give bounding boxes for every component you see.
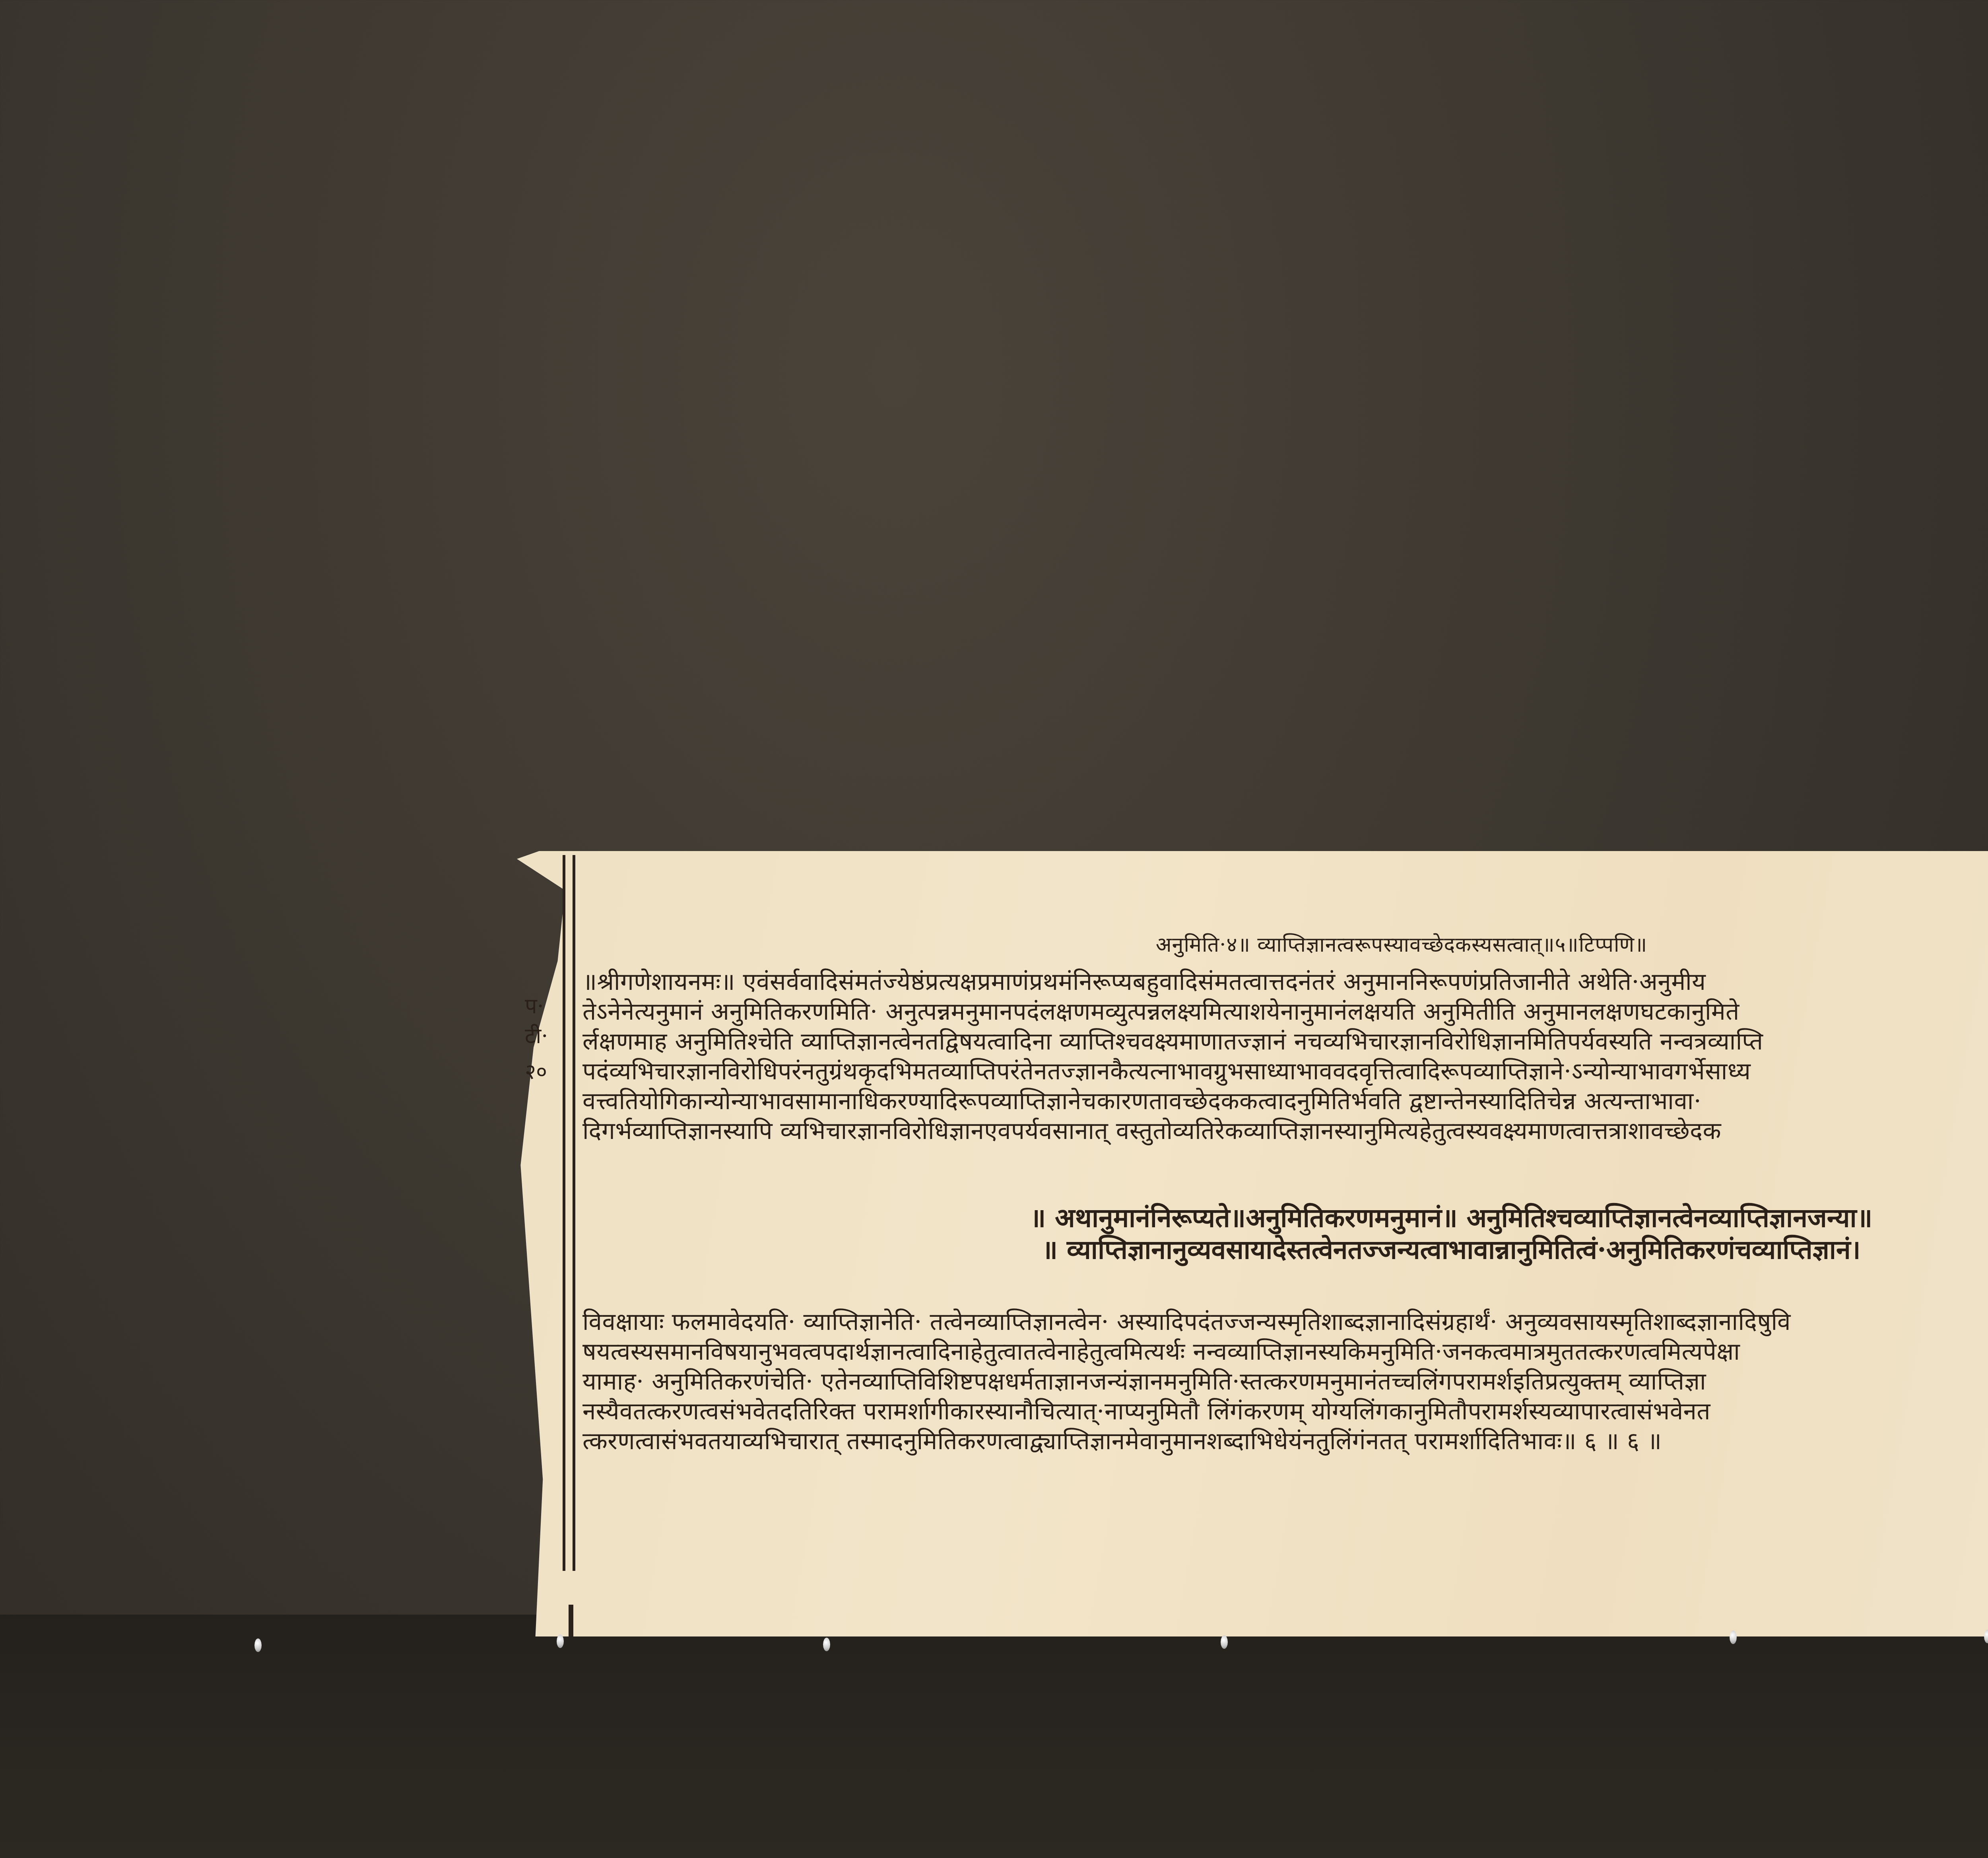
left-rule-bottom-stub <box>569 1605 573 1636</box>
commentary-bottom-line-1: विवक्षायाः फलमावेदयति· व्याप्तिज्ञानेति·… <box>582 1304 1988 1337</box>
commentary-top-line-6: दिगर्भव्याप्तिज्ञानस्यापि व्यभिचारज्ञानव… <box>582 1114 1988 1146</box>
left-margin-folio: २० <box>525 1056 547 1085</box>
pin-icon <box>1730 1631 1737 1644</box>
commentary-top-line-4: पदंव्यभिचारज्ञानविरोधिपरंनतुग्रंथकृदभिमत… <box>582 1054 1988 1086</box>
page-header: अनुमिति·४॥ व्याप्तिज्ञानत्वरूपस्यावच्छेद… <box>596 930 1988 958</box>
pin-icon <box>254 1638 262 1652</box>
dark-fabric-ledge <box>0 1615 1988 1858</box>
pin-icon <box>823 1638 830 1651</box>
left-double-rule-inner <box>573 855 575 1571</box>
left-double-rule-outer <box>563 855 565 1571</box>
commentary-bottom-line-4: नस्यैवतत्करणत्वसंभवेतदतिरिक्त परामर्शागी… <box>582 1394 1988 1427</box>
commentary-bottom-line-3: यामाह· अनुमितिकरणंचेति· एतेनव्याप्तिविशि… <box>582 1364 1988 1397</box>
pin-icon <box>1221 1635 1228 1649</box>
commentary-top-line-2: तेऽनेनेत्यनुमानं अनुमितिकरणमिति· अनुत्पन… <box>582 994 1988 1027</box>
root-verse-line-1: ॥ अथानुमानंनिरूप्यते॥अनुमितिकरणमनुमानं॥ … <box>795 1199 1988 1235</box>
commentary-bottom-line-5: त्करणत्वासंभवतयाव्यभिचारात् तस्मादनुमिति… <box>582 1424 1988 1456</box>
pin-icon <box>557 1634 564 1648</box>
commentary-top-line-1: ॥श्रीगणेशायनमः॥ एवंसर्ववादिसंमतंज्येष्ठं… <box>582 964 1988 997</box>
left-margin-mark-1: प· <box>525 990 544 1020</box>
commentary-top-line-5: वत्त्वतियोगिकान्योन्याभावसामानाधिकरण्याद… <box>582 1084 1988 1116</box>
left-margin-mark-2: टी· <box>525 1020 548 1049</box>
commentary-bottom-line-2: षयत्वस्यसमानविषयानुभवत्वपदार्थज्ञानत्वाद… <box>582 1334 1988 1367</box>
root-verse-line-2: ॥ व्याप्तिज्ञानानुव्यवसायादेस्तत्वेनतज्ज… <box>795 1231 1988 1267</box>
commentary-top-line-3: र्लक्षणमाह अनुमितिश्चेति व्याप्तिज्ञानत्… <box>582 1024 1988 1057</box>
